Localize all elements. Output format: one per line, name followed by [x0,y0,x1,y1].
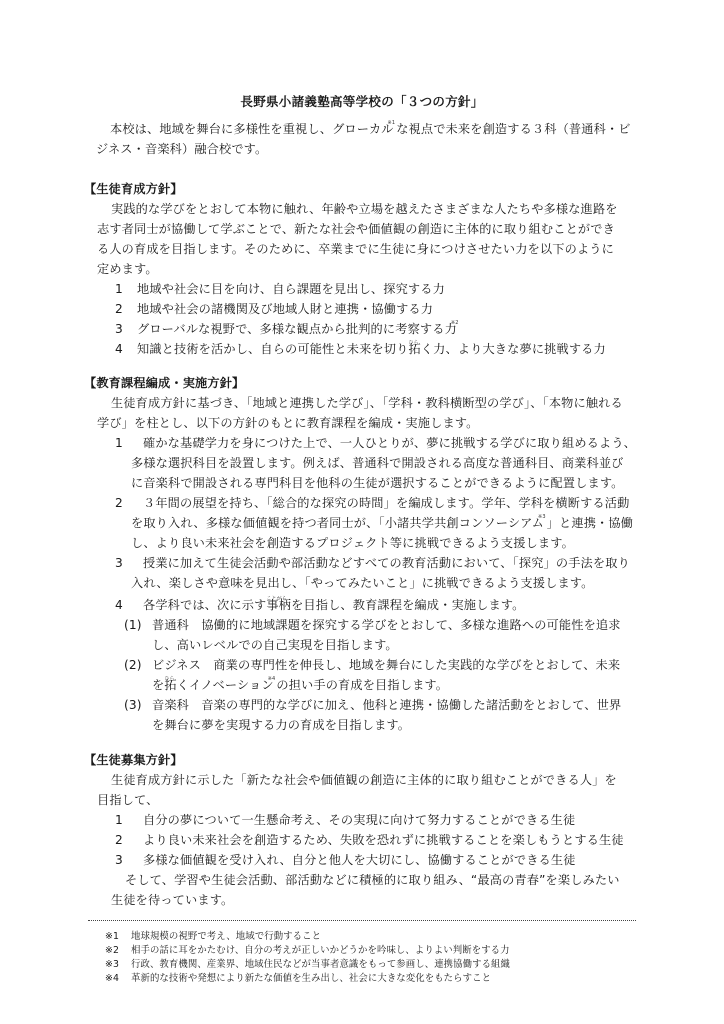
list-item: 3多様な価値観を受け入れ、自分と他人を大切にし、協働することができる生徒 [115,851,576,869]
section-heading-kyoiku: 【教育課程編成・実施方針】 [84,374,244,392]
item-text: 」と連携・協働 [547,516,633,530]
item-continuation: をひら拓くイノベーション※4の担い手の育成を目指します。 [152,676,448,697]
item-number: 2 [115,831,143,849]
item-text: 授業に加えて生徒会活動や部活動などすべての教育活動において、「探究」の手法を取り [143,556,630,570]
list-item: 1地域や社会に目を向け、自ら課題を見出し、探究する力 [115,280,445,298]
sub-list-item: (3)音楽科 音楽の専門的な学びに加え、他科と連携・協働した諸活動をとおして、世… [124,696,621,714]
list-item: 1自分の夢について一生懸命考え、その実現に向けて努力することができる生徒 [115,811,575,829]
ruby-reading: ことがら [266,590,287,608]
paragraph-line: 生徒を待っています。 [111,891,233,909]
footnote-mark: ※1 [105,930,131,943]
ruby-reading: ひら [408,334,418,352]
item-continuation: 多様な選択科目を設置します。例えば、普通科で開設される高度な普通科目、商業科並び [131,454,624,472]
paragraph-line: 定めます。 [97,260,158,278]
footnote-text: 行政、教育機関、産業界、地域住民などが当事者意識をもって参画し、連携協働する組織 [131,959,510,970]
item-text: ビジネス 商業の専門性を伸長し、地域を舞台にした実践的な学びをとおして、未来 [152,658,620,672]
item-text: くイノベーション [177,678,274,692]
list-item: 3授業に加えて生徒会活動や部活動などすべての教育活動において、「探究」の手法を取… [115,554,630,572]
footnote-ref: ※2 [451,320,459,326]
item-number: 4 [115,596,143,614]
item-continuation: し、高いレベルでの自己実現を目指します。 [152,636,398,654]
footnote: ※4革新的な技術や発想により新たな価値を生み出し、社会に大きな変化をもたらすこと [105,972,491,985]
footnote-mark: ※4 [105,972,131,985]
footnote: ※1地球規模の視野で考え、地域で行動すること [105,930,321,943]
sub-list-item: (2)ビジネス 商業の専門性を伸長し、地域を舞台にした実践的な学びをとおして、未… [124,656,620,674]
paragraph-line: 生徒育成方針に示した「新たな社会や価値観の創造に主体的に取り組むことができる人」… [111,771,617,789]
item-number: 1 [115,280,137,298]
paragraph-line: 志す者同士が協働して学ぶことで、新たな社会や価値観の創造に主体的に取り組むことが… [97,220,615,238]
paragraph-line: る人の育成を目指します。そのために、卒業までに生徒に身につけさせたい力を以下のよ… [97,240,614,258]
list-item: 2より良い未来社会を創造するため、失敗を恐れずに挑戦することを楽しもうとする生徒 [115,831,624,849]
footnote-text: 革新的な技術や発想により新たな価値を生み出し、社会に大きな変化をもたらすこと [131,973,491,984]
paragraph-line: 学び」を柱とし、以下の方針のもとに教育課程を編成・実施します。 [97,414,479,432]
item-text: 多様な価値観を受け入れ、自分と他人を大切にし、協働することができる生徒 [143,853,576,867]
item-text: 知識と技術を活かし、自らの可能性と未来を切り [137,342,408,356]
item-number: (2) [124,656,152,674]
footnote-mark: ※2 [105,944,131,957]
item-continuation: 入れ、楽しさや意味を見出し、「やってみたいこと」に挑戦できるよう支援します。 [131,574,593,592]
section-heading-ikusei: 【生徒育成方針】 [84,180,183,198]
item-number: (3) [124,696,152,714]
item-text: 音楽科 音楽の専門的な学びに加え、他科と連携・協働した諸活動をとおして、世界 [152,698,621,712]
ruby-word: ことがら事柄 [266,598,291,612]
item-continuation: し、より良い未来社会を創造するプロジェクト等に挑戦できるよう支援します。 [131,534,574,552]
footnote: ※3行政、教育機関、産業界、地域住民などが当事者意識をもって参画し、連携協働する… [105,958,510,971]
item-text: 各学科では、次に示す [143,598,266,612]
list-item: 4各学科では、次に示すことがら事柄を目指し、教育課程を編成・実施します。 [115,596,525,614]
item-text: を [152,678,164,692]
footnote-text: 地球規模の視野で考え、地域で行動すること [131,931,321,942]
item-number: 3 [115,554,143,572]
item-number: 1 [115,811,143,829]
intro-line-1: 本校は、地域を舞台に多様性を重視し、グローカル※1な視点で未来を創造する３科（普… [110,120,631,141]
footnote-divider [88,920,636,921]
list-item: 2３年間の展望を持ち、「総合的な探究の時間」を編成します。学年、学科を横断する活… [115,494,629,512]
document-page: 長野県小諸義塾高等学校の「３つの方針」 本校は、地域を舞台に多様性を重視し、グロ… [0,0,724,1024]
intro-text: 本校は、地域を舞台に多様性を重視し、グローカル [110,122,394,136]
footnote-text: 相手の話に耳をかたむけ、自分の考えが正しいかどうかを吟味し、よりよい判断をする力 [131,945,510,956]
page-title: 長野県小諸義塾高等学校の「３つの方針」 [0,92,724,110]
ruby-word: ひら拓 [408,342,420,356]
paragraph-line: 実践的な学びをとおして本物に触れ、年齢や立場を越えたさまざまな人たちや多様な進路… [111,200,618,218]
item-text: く力、より大きな夢に挑戦する力 [421,342,606,356]
item-text: 地域や社会の諸機関及び地域人財と連携・協働する力 [137,302,433,316]
item-number: (1) [124,616,152,634]
item-number: 2 [115,494,143,512]
paragraph-line: 生徒育成方針に基づき、「地域と連携した学び」、「学科・教科横断型の学び」、「本物… [111,394,623,412]
footnote-ref: ※4 [268,676,276,682]
paragraph-line: 目指して、 [97,791,158,809]
item-text: を目指し、教育課程を編成・実施します。 [291,598,524,612]
item-text: ３年間の展望を持ち、「総合的な探究の時間」を編成します。学年、学科を横断する活動 [143,496,629,510]
section-heading-boshu: 【生徒募集方針】 [84,751,183,769]
item-number: 2 [115,300,137,318]
intro-line-2: ジネス・音楽科）融合校です。 [96,140,267,158]
intro-text: な視点で未来を創造する３科（普通科・ビ [396,122,630,136]
list-item: 4知識と技術を活かし、自らの可能性と未来を切りひら拓く力、より大きな夢に挑戦する… [115,340,606,358]
item-number: 3 [115,320,137,338]
footnote: ※2相手の話に耳をかたむけ、自分の考えが正しいかどうかを吟味し、よりよい判断をす… [105,944,510,957]
item-text: の担い手の育成を目指します。 [276,678,448,692]
list-item: 2地域や社会の諸機関及び地域人財と連携・協働する力 [115,300,433,318]
item-continuation: に音楽科で開設される専門科目を他科の生徒が選択することができるように配置します。 [131,474,624,492]
paragraph-line: そして、学習や生徒会活動、部活動などに積極的に取り組み、“最高の青春”を楽しみた… [125,871,620,889]
item-text: 普通科 協働的に地域課題を探究する学びをとおして、多様な進路への可能性を追求 [152,618,621,632]
item-text: 自分の夢について一生懸命考え、その実現に向けて努力することができる生徒 [143,813,575,827]
item-continuation: を取り入れ、多様な価値観を持つ者同士が、「小諸共学共創コンソーシアム※3」と連携… [131,514,633,535]
footnote-ref: ※1 [388,120,396,126]
footnote-ref: ※3 [538,514,546,520]
footnote-mark: ※3 [105,958,131,971]
item-text: より良い未来社会を創造するため、失敗を恐れずに挑戦することを楽しもうとする生徒 [143,833,624,847]
item-number: 3 [115,851,143,869]
item-number: 4 [115,340,137,358]
ruby-word: ひら拓 [164,678,176,692]
ruby-reading: ひら [164,670,174,688]
list-item: 1確かな基礎学力を身につけた上で、一人ひとりが、夢に挑戦する学びに取り組めるよう… [115,434,636,452]
item-text: 確かな基礎学力を身につけた上で、一人ひとりが、夢に挑戦する学びに取り組めるよう、 [143,436,636,450]
item-continuation: を舞台に夢を実現する力の育成を目指します。 [152,716,410,734]
sub-list-item: (1)普通科 協働的に地域課題を探究する学びをとおして、多様な進路への可能性を追… [124,616,621,634]
item-text: を取り入れ、多様な価値観を持つ者同士が、「小諸共学共創コンソーシアム [131,516,544,530]
item-text: 地域や社会に目を向け、自ら課題を見出し、探究する力 [137,282,445,296]
item-number: 1 [115,434,143,452]
